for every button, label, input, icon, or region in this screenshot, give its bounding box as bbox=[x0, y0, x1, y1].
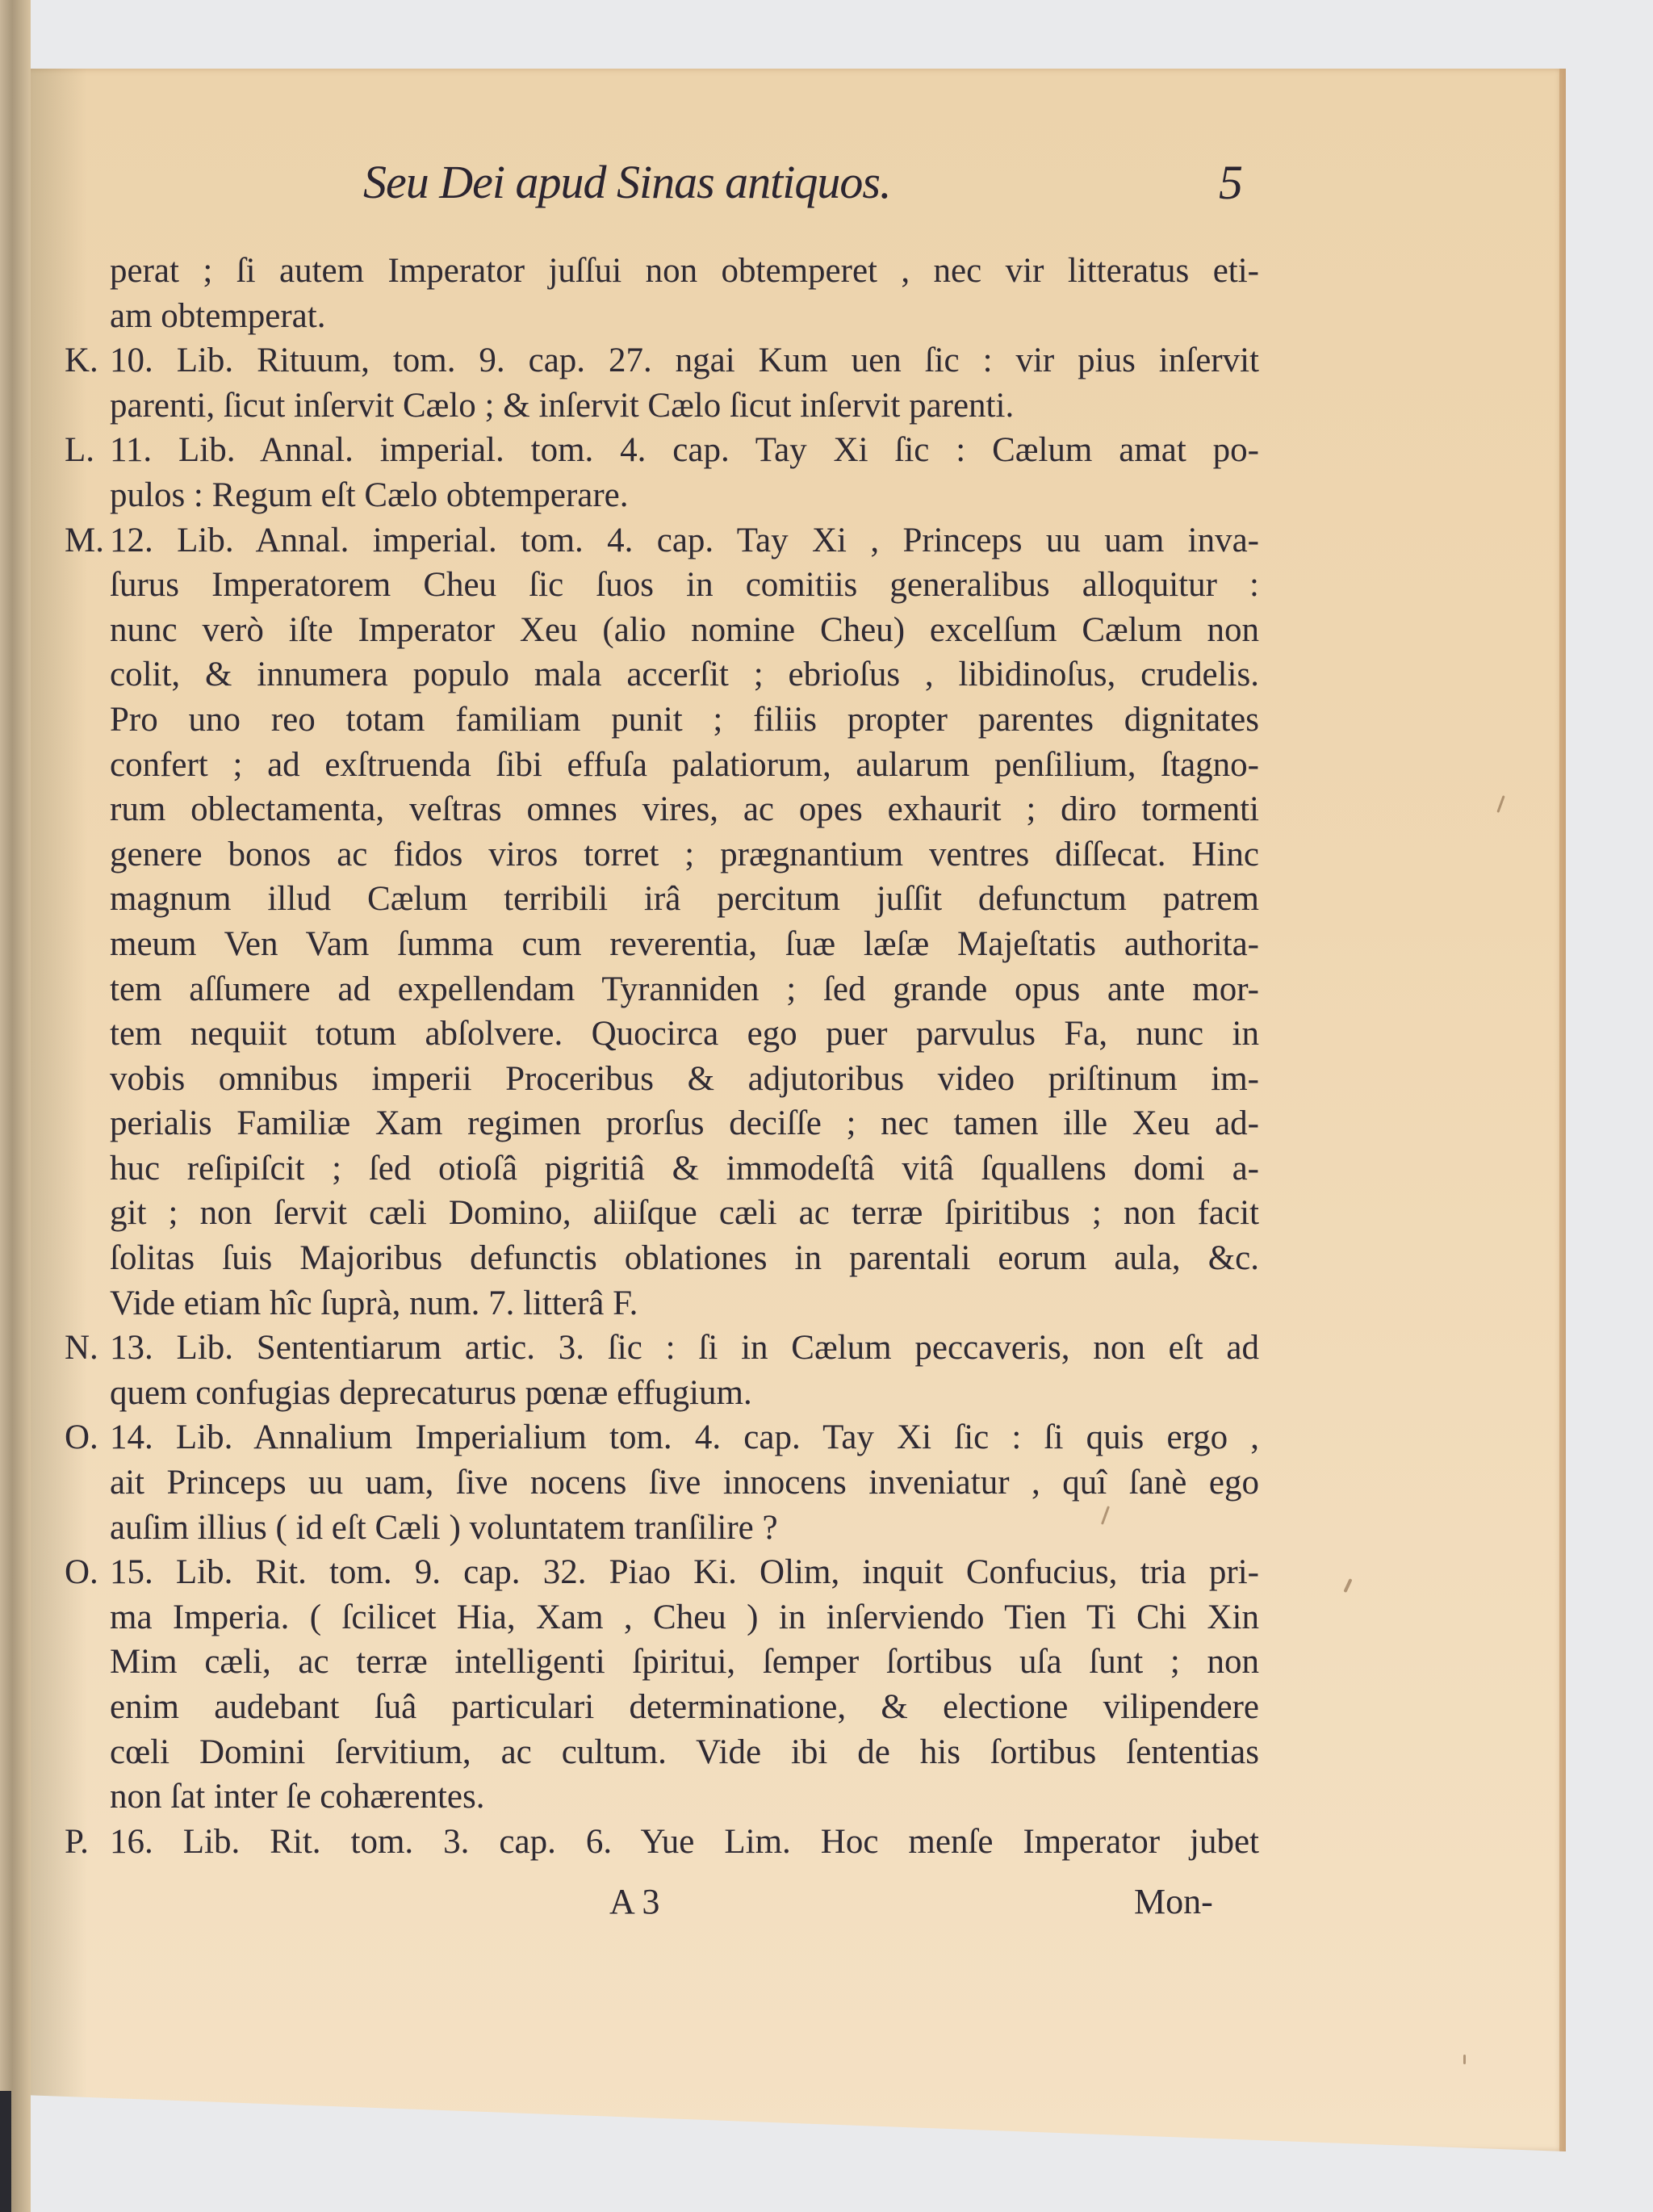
paper-stain bbox=[1343, 1578, 1352, 1593]
line-text: enim audebant ſuâ particulari determinat… bbox=[110, 1688, 1259, 1726]
note-letter: N. bbox=[65, 1326, 110, 1371]
line-text: colit, & innumera populo mala accerſit ;… bbox=[110, 656, 1259, 693]
text-line: meum Ven Vam ſumma cum reverentia, ſuæ l… bbox=[65, 922, 1259, 967]
line-text: Mim cæli, ac terræ intelligenti ſpiritui… bbox=[110, 1643, 1259, 1681]
line-text: quem confugias deprecaturus pœnæ effugiu… bbox=[110, 1374, 752, 1412]
body-text: perat ; ſi autem Imperator juſſui non ob… bbox=[65, 249, 1259, 1864]
text-line: pulos : Regum eſt Cælo obtemperare. bbox=[65, 473, 1259, 518]
line-text: Pro uno reo totam familiam punit ; filii… bbox=[110, 701, 1259, 739]
catchword: Mon- bbox=[1134, 1881, 1213, 1922]
text-line: O.15. Lib. Rit. tom. 9. cap. 32. Piao Ki… bbox=[65, 1550, 1259, 1595]
text-line: Pro uno reo totam familiam punit ; filii… bbox=[65, 698, 1259, 743]
text-line: Vide etiam hîc ſuprà, num. 7. litterâ F. bbox=[65, 1281, 1259, 1326]
paper-stain bbox=[1463, 2055, 1466, 2064]
line-text: meum Ven Vam ſumma cum reverentia, ſuæ l… bbox=[110, 925, 1259, 963]
line-text: 10. Lib. Rituum, tom. 9. cap. 27. ngai K… bbox=[110, 341, 1259, 379]
text-line: rum oblectamenta, veſtras omnes vires, a… bbox=[65, 787, 1259, 832]
text-line: perialis Familiæ Xam regimen prorſus dec… bbox=[65, 1101, 1259, 1146]
line-text: nunc verò iſte Imperator Xeu (alio nomin… bbox=[110, 611, 1259, 649]
text-line: ma Imperia. ( ſcilicet Hia, Xam , Cheu )… bbox=[65, 1595, 1259, 1640]
text-line: quem confugias deprecaturus pœnæ effugiu… bbox=[65, 1371, 1259, 1416]
line-text: ſurus Imperatorem Cheu ſic ſuos in comit… bbox=[110, 566, 1259, 604]
line-text: ma Imperia. ( ſcilicet Hia, Xam , Cheu )… bbox=[110, 1598, 1259, 1636]
text-line: K.10. Lib. Rituum, tom. 9. cap. 27. ngai… bbox=[65, 338, 1259, 383]
line-text: huc reſipiſcit ; ſed otioſâ pigritiâ & i… bbox=[110, 1150, 1259, 1188]
signature-mark: A 3 bbox=[609, 1881, 659, 1922]
line-text: ait Princeps uu uam, ſive nocens ſive in… bbox=[110, 1464, 1259, 1502]
text-line: am obtemperat. bbox=[65, 294, 1259, 339]
line-text: cœli Domini ſervitium, ac cultum. Vide i… bbox=[110, 1733, 1259, 1771]
line-text: 16. Lib. Rit. tom. 3. cap. 6. Yue Lim. H… bbox=[110, 1823, 1259, 1861]
note-letter: O. bbox=[65, 1415, 110, 1460]
text-line: parenti, ſicut inſervit Cælo ; & inſervi… bbox=[65, 383, 1259, 429]
text-line: nunc verò iſte Imperator Xeu (alio nomin… bbox=[65, 608, 1259, 653]
text-line: vobis omnibus imperii Proceribus & adjut… bbox=[65, 1057, 1259, 1102]
text-line: O.14. Lib. Annalium Imperialium tom. 4. … bbox=[65, 1415, 1259, 1460]
line-text: git ; non ſervit cæli Domino, aliiſque c… bbox=[110, 1194, 1259, 1232]
line-text: Vide etiam hîc ſuprà, num. 7. litterâ F. bbox=[110, 1284, 638, 1322]
text-line: P.16. Lib. Rit. tom. 3. cap. 6. Yue Lim.… bbox=[65, 1820, 1259, 1865]
text-line: ſolitas ſuis Majoribus defunctis oblatio… bbox=[65, 1236, 1259, 1281]
note-letter: P. bbox=[65, 1820, 110, 1865]
text-line: tem nequiit totum abſolvere. Quocirca eg… bbox=[65, 1012, 1259, 1057]
text-line: confert ; ad exſtruenda ſibi effuſa pala… bbox=[65, 743, 1259, 788]
line-text: 14. Lib. Annalium Imperialium tom. 4. ca… bbox=[110, 1418, 1259, 1456]
line-text: confert ; ad exſtruenda ſibi effuſa pala… bbox=[110, 746, 1259, 784]
line-text: magnum illud Cælum terribili irâ percitu… bbox=[110, 880, 1259, 918]
text-line: cœli Domini ſervitium, ac cultum. Vide i… bbox=[65, 1730, 1259, 1775]
line-text: am obtemperat. bbox=[110, 297, 325, 335]
note-letter: K. bbox=[65, 338, 110, 383]
line-text: auſim illius ( id eſt Cæli ) voluntatem … bbox=[110, 1509, 778, 1547]
line-text: 13. Lib. Sententiarum artic. 3. ſic : ſi… bbox=[110, 1329, 1259, 1367]
line-text: ſolitas ſuis Majoribus defunctis oblatio… bbox=[110, 1239, 1259, 1277]
text-line: perat ; ſi autem Imperator juſſui non ob… bbox=[65, 249, 1259, 294]
binding-edge bbox=[0, 2091, 11, 2212]
note-letter: O. bbox=[65, 1550, 110, 1595]
line-text: non ſat inter ſe cohærentes. bbox=[110, 1778, 485, 1816]
line-text: tem nequiit totum abſolvere. Quocirca eg… bbox=[110, 1015, 1259, 1053]
line-text: perat ; ſi autem Imperator juſſui non ob… bbox=[110, 252, 1259, 290]
text-line: git ; non ſervit cæli Domino, aliiſque c… bbox=[65, 1191, 1259, 1236]
text-line: ſurus Imperatorem Cheu ſic ſuos in comit… bbox=[65, 563, 1259, 608]
line-text: genere bonos ac fidos viros torret ; præ… bbox=[110, 836, 1259, 873]
line-text: 11. Lib. Annal. imperial. tom. 4. cap. T… bbox=[110, 431, 1259, 469]
text-line: auſim illius ( id eſt Cæli ) voluntatem … bbox=[65, 1506, 1259, 1551]
paper-stain bbox=[1496, 795, 1504, 813]
text-line: L.11. Lib. Annal. imperial. tom. 4. cap.… bbox=[65, 428, 1259, 473]
text-line: tem aſſumere ad expellendam Tyranniden ;… bbox=[65, 967, 1259, 1012]
line-text: 15. Lib. Rit. tom. 9. cap. 32. Piao Ki. … bbox=[110, 1553, 1259, 1591]
text-line: enim audebant ſuâ particulari determinat… bbox=[65, 1685, 1259, 1730]
text-line: Mim cæli, ac terræ intelligenti ſpiritui… bbox=[65, 1640, 1259, 1685]
line-text: perialis Familiæ Xam regimen prorſus dec… bbox=[110, 1104, 1259, 1142]
note-letter: M. bbox=[65, 518, 110, 563]
line-text: vobis omnibus imperii Proceribus & adjut… bbox=[110, 1060, 1259, 1098]
text-line: M.12. Lib. Annal. imperial. tom. 4. cap.… bbox=[65, 518, 1259, 563]
line-text: 12. Lib. Annal. imperial. tom. 4. cap. T… bbox=[110, 522, 1259, 559]
text-line: magnum illud Cælum terribili irâ percitu… bbox=[65, 877, 1259, 922]
note-letter: L. bbox=[65, 428, 110, 473]
running-title: Seu Dei apud Sinas antiquos. bbox=[363, 155, 890, 209]
line-text: pulos : Regum eſt Cælo obtemperare. bbox=[110, 476, 629, 514]
page-number: 5 bbox=[1219, 155, 1243, 211]
text-line: huc reſipiſcit ; ſed otioſâ pigritiâ & i… bbox=[65, 1146, 1259, 1192]
text-line: non ſat inter ſe cohærentes. bbox=[65, 1774, 1259, 1820]
text-line: colit, & innumera populo mala accerſit ;… bbox=[65, 652, 1259, 698]
text-line: N.13. Lib. Sententiarum artic. 3. ſic : … bbox=[65, 1326, 1259, 1371]
line-text: parenti, ſicut inſervit Cælo ; & inſervi… bbox=[110, 387, 1014, 425]
text-line: genere bonos ac fidos viros torret ; præ… bbox=[65, 832, 1259, 878]
line-text: rum oblectamenta, veſtras omnes vires, a… bbox=[110, 790, 1259, 828]
text-line: ait Princeps uu uam, ſive nocens ſive in… bbox=[65, 1460, 1259, 1506]
line-text: tem aſſumere ad expellendam Tyranniden ;… bbox=[110, 970, 1259, 1008]
book-binding-gutter bbox=[0, 0, 31, 2212]
